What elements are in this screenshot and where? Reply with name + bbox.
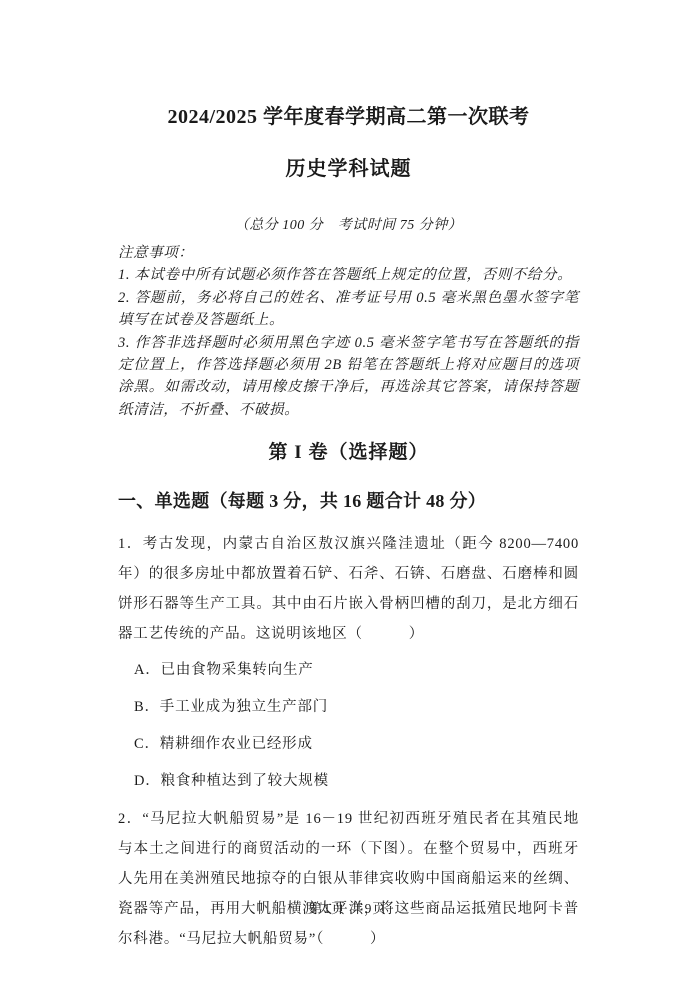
exam-paper-page: 2024/2025 学年度春学期高二第一次联考 历史学科试题 （总分 100 分… bbox=[0, 0, 696, 983]
question-1-option-c: C．精耕细作农业已经形成 bbox=[118, 729, 579, 759]
question-1-stem: 1．考古发现，内蒙古自治区敖汉旗兴隆洼遗址（距今 8200—7400 年）的很多… bbox=[118, 529, 579, 649]
section-1-title: 第 I 卷（选择题） bbox=[118, 437, 579, 464]
single-choice-part-heading: 一、单选题（每题 3 分，共 16 题合计 48 分） bbox=[118, 487, 579, 513]
question-1-option-b: B．手工业成为独立生产部门 bbox=[118, 692, 579, 722]
notes-item-3: 3. 作答非选择题时必须用黑色字迹 0.5 毫米签字笔书写在答题纸的指定位置上，… bbox=[118, 332, 579, 422]
notes-item-1: 1. 本试卷中所有试题必须作答在答题纸上规定的位置，否则不给分。 bbox=[118, 264, 579, 286]
question-1-option-a: A．已由食物采集转向生产 bbox=[118, 655, 579, 685]
exam-title: 2024/2025 学年度春学期高二第一次联考 bbox=[118, 104, 579, 130]
question-1-option-d: D．粮食种植达到了较大规模 bbox=[118, 766, 579, 796]
page-number-footer: 第1页 共9页 bbox=[0, 897, 696, 917]
exam-score-time-info: （总分 100 分 考试时间 75 分钟） bbox=[118, 214, 579, 234]
page-content: 2024/2025 学年度春学期高二第一次联考 历史学科试题 （总分 100 分… bbox=[118, 0, 579, 954]
question-2: 2．“马尼拉大帆船贸易”是 16－19 世纪初西班牙殖民者在其殖民地与本土之间进… bbox=[118, 804, 579, 954]
exam-subject-title: 历史学科试题 bbox=[118, 152, 579, 181]
notes-section: 注意事项： 1. 本试卷中所有试题必须作答在答题纸上规定的位置，否则不给分。 2… bbox=[118, 242, 579, 421]
question-2-stem: 2．“马尼拉大帆船贸易”是 16－19 世纪初西班牙殖民者在其殖民地与本土之间进… bbox=[118, 804, 579, 954]
question-1: 1．考古发现，内蒙古自治区敖汉旗兴隆洼遗址（距今 8200—7400 年）的很多… bbox=[118, 529, 579, 796]
notes-heading: 注意事项： bbox=[118, 242, 579, 264]
question-1-options: A．已由食物采集转向生产 B．手工业成为独立生产部门 C．精耕细作农业已经形成 … bbox=[118, 655, 579, 796]
notes-item-2: 2. 答题前，务必将自己的姓名、准考证号用 0.5 毫米黑色墨水签字笔填写在试卷… bbox=[118, 287, 579, 332]
